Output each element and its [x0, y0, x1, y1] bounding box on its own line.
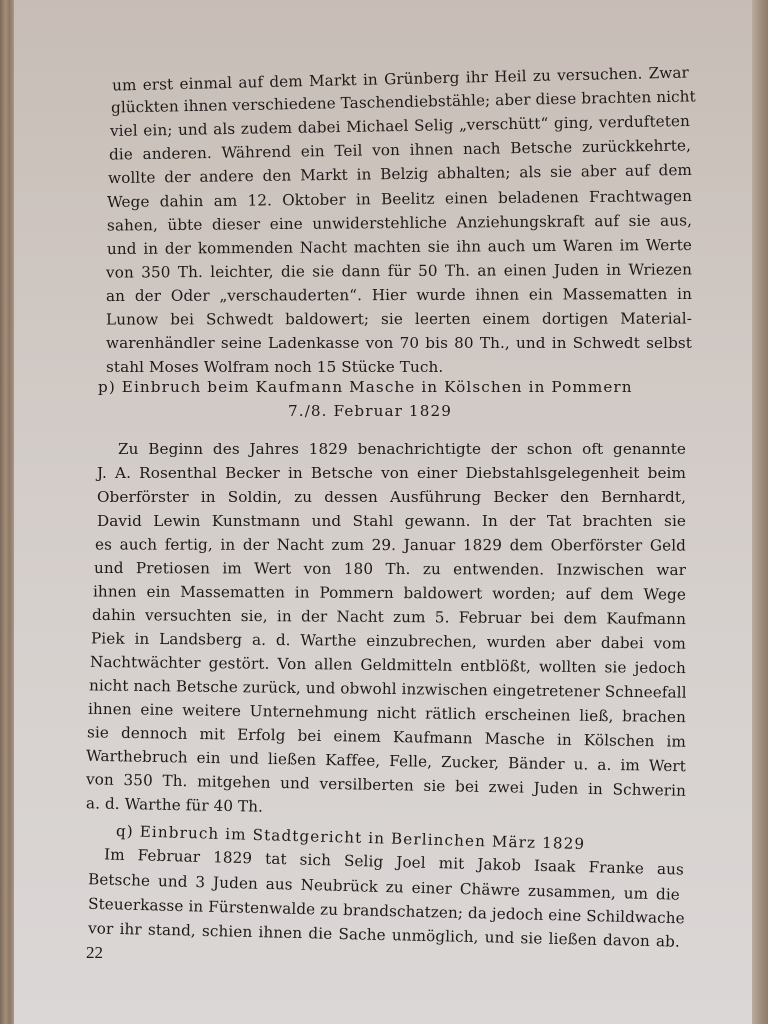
text-line: ihnen ein Massematten in Pommern baldowe…: [93, 582, 686, 603]
text-line: Lunow bei Schwedt baldowert; sie leerten…: [106, 309, 692, 328]
text-line: von 350 Th. leichter, die sie dann für 5…: [106, 260, 692, 281]
text-line: warenhändler seine Ladenkasse von 70 bis…: [106, 334, 692, 352]
page-number: 22: [86, 943, 103, 963]
text-line: J. A. Rosenthal Becker in Betsche von ei…: [97, 464, 686, 482]
section-p-date: 7./8. Februar 1829: [288, 402, 452, 420]
text-line: es auch fertig, in der Nacht zum 29. Jan…: [95, 535, 686, 554]
text-line: David Lewin Kunstmann und Stahl gewann. …: [97, 512, 686, 530]
text-line: und Pretiosen im Wert von 180 Th. zu ent…: [94, 559, 686, 579]
text-line: stahl Moses Wolfram noch 15 Stücke Tuch.: [106, 358, 443, 376]
text-line: an der Oder „verschauderten“. Hier wurde…: [106, 285, 692, 305]
text-line: a. d. Warthe für 40 Th.: [86, 794, 263, 815]
page-edge: [752, 0, 768, 1024]
text-line: Zu Beginn des Jahres 1829 benachrichtigt…: [118, 440, 686, 458]
section-p-heading: p) Einbruch beim Kaufmann Masche in Köls…: [98, 378, 633, 396]
text-line: Oberförster in Soldin, zu dessen Ausführ…: [97, 488, 686, 506]
